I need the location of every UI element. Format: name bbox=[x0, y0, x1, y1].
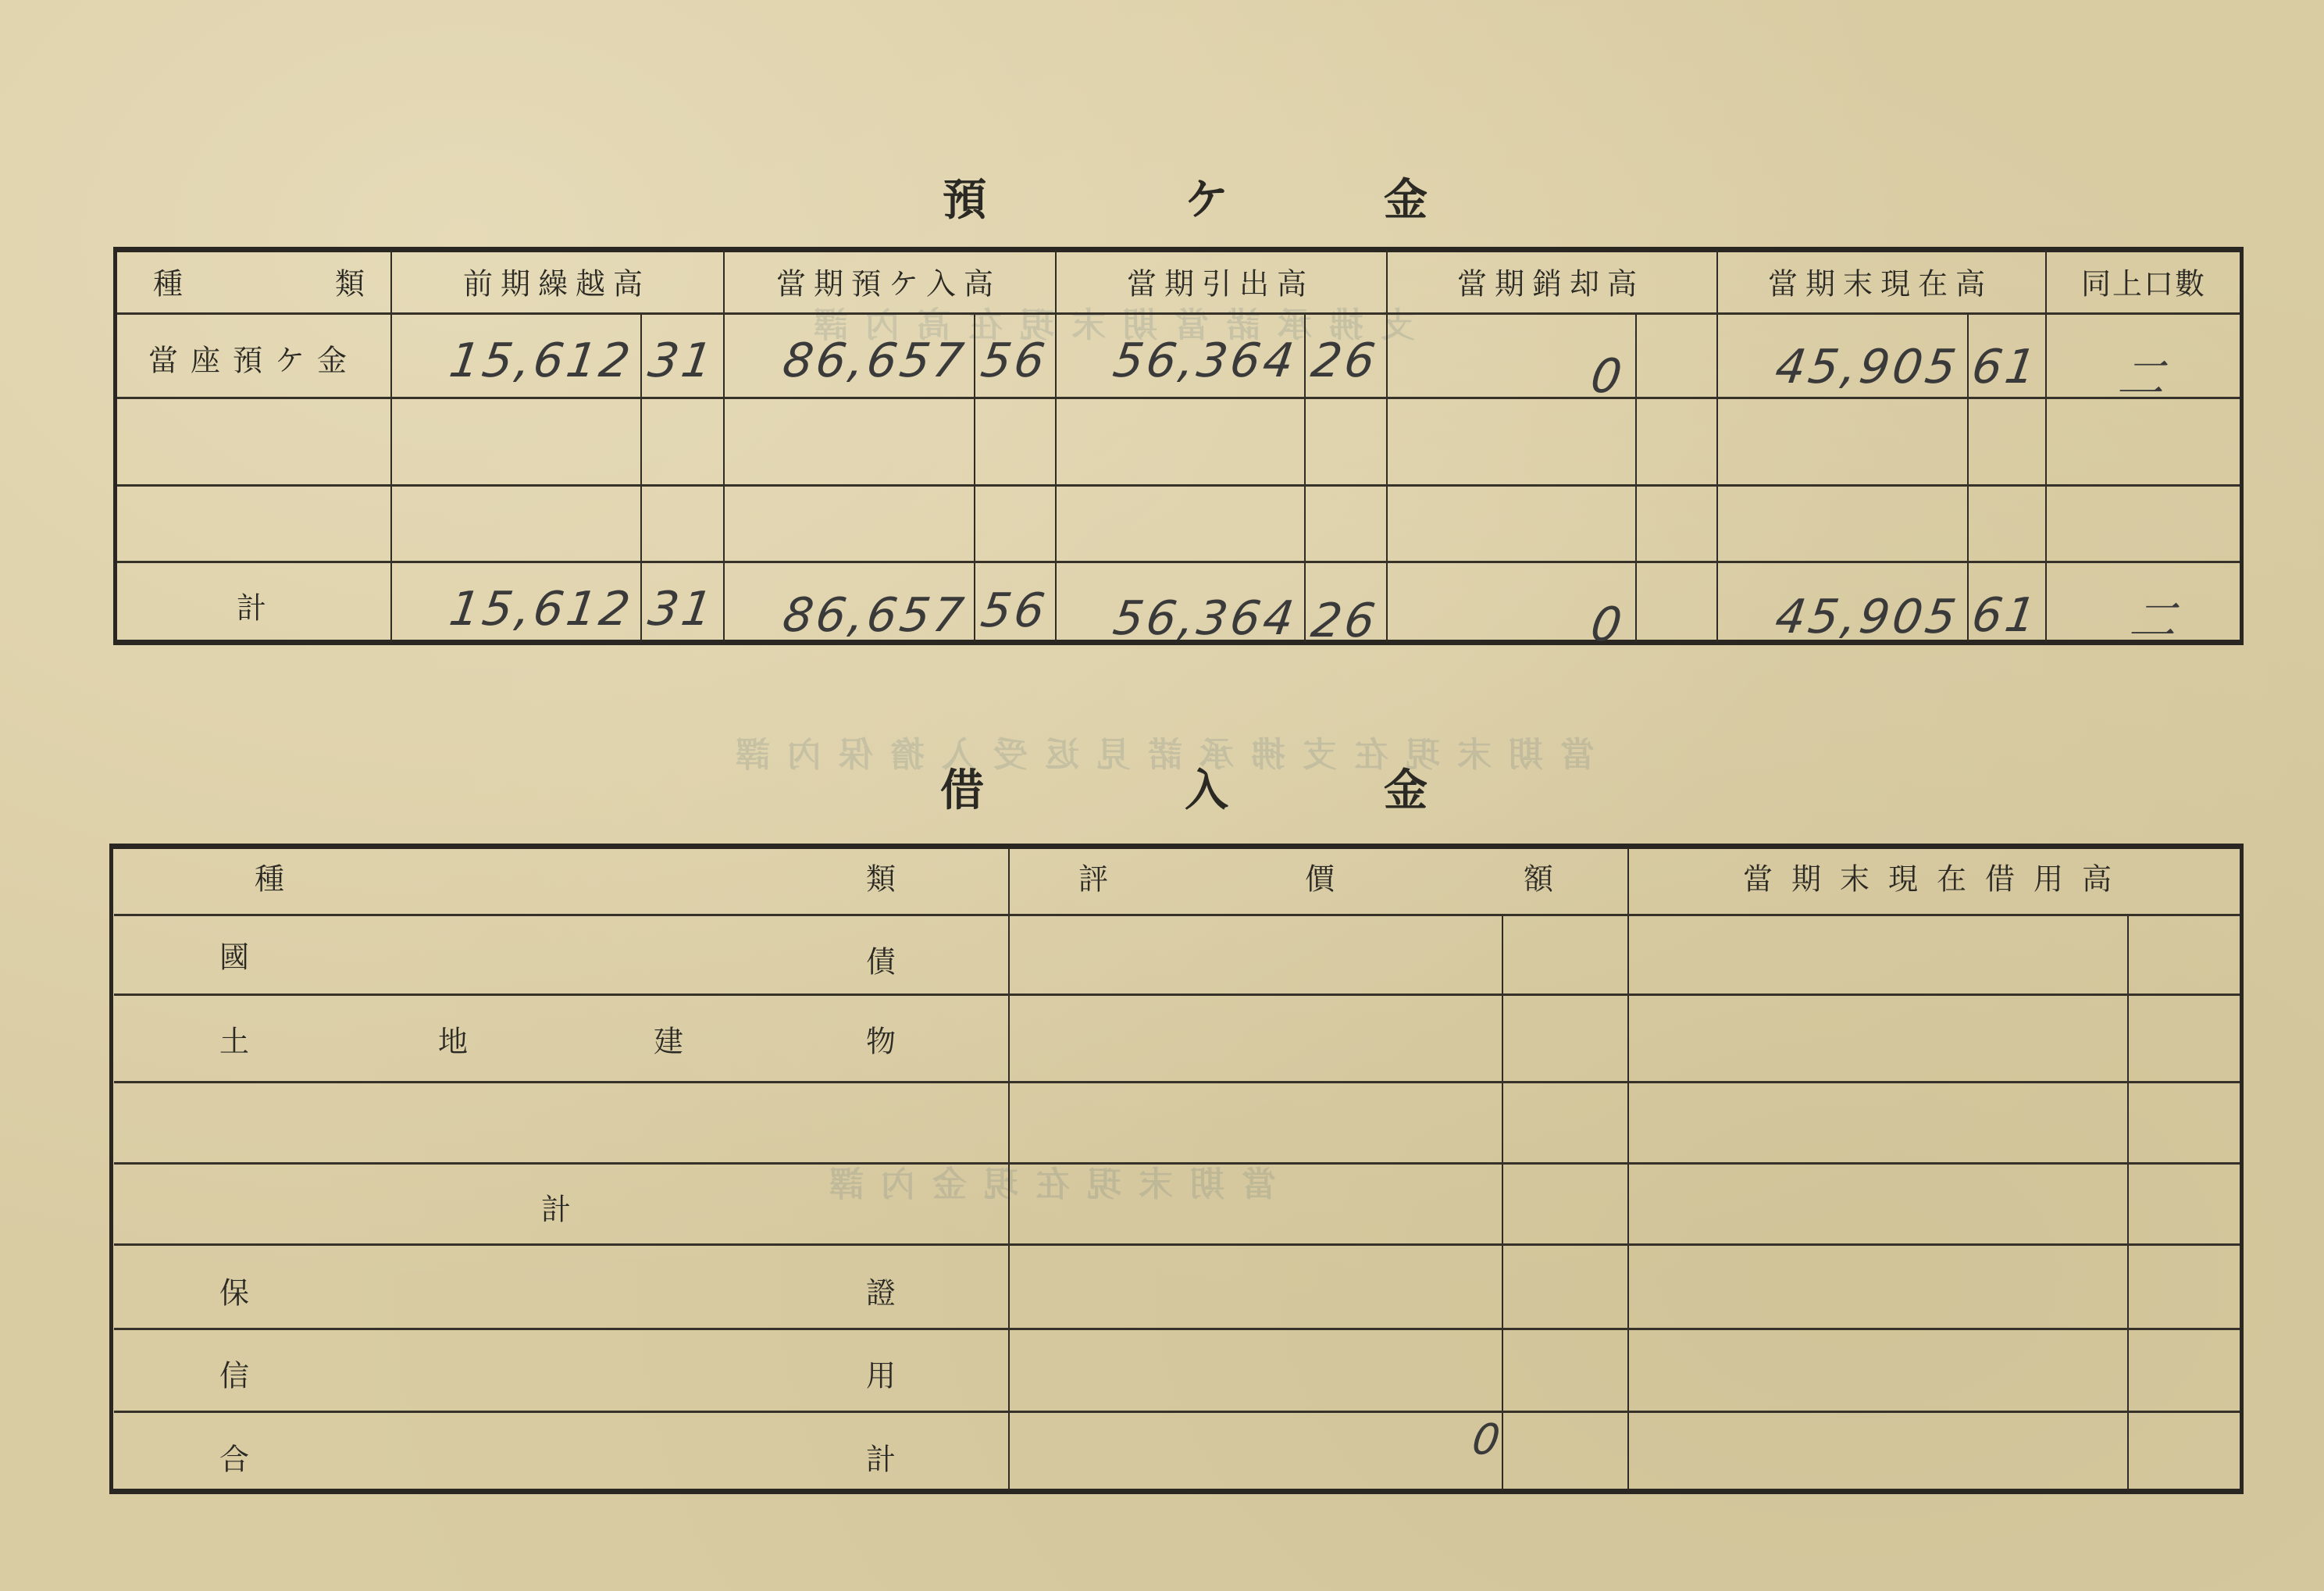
col-divider bbox=[1716, 250, 1718, 642]
row-divider bbox=[117, 561, 2240, 563]
deposits-title-char-3: 金 bbox=[1384, 166, 1428, 228]
row-divider bbox=[114, 993, 2240, 996]
sen-divider bbox=[640, 312, 642, 642]
row-land-building-3: 建 bbox=[654, 1018, 683, 1061]
total-withdrawn-yen: 56,364 bbox=[1110, 591, 1300, 646]
col-divider bbox=[1627, 848, 1629, 1490]
row-guaranteed-right: 證 bbox=[866, 1269, 896, 1312]
deposits-title-char-2: ケ bbox=[1185, 166, 1228, 228]
header-valuation-3: 額 bbox=[1524, 855, 1553, 898]
bleed-through-text-2: 當期末現在支拂承諾見返受入擔保內譯 bbox=[718, 726, 1595, 776]
balance-sen: 61 bbox=[1969, 340, 2042, 394]
deposited-sen: 56 bbox=[978, 334, 1051, 388]
header-balance: 當期末現在高 bbox=[1768, 260, 1993, 303]
account-count: 二 bbox=[2114, 341, 2173, 408]
header-brought-forward: 前期繰越高 bbox=[463, 260, 651, 303]
header-borrowed-balance: 當期末現在借用高 bbox=[1743, 855, 2130, 898]
withdrawn-sen: 26 bbox=[1308, 334, 1381, 388]
withdrawn-yen: 56,364 bbox=[1110, 334, 1300, 388]
row-grand-total-right: 計 bbox=[866, 1436, 896, 1479]
total-brought-forward-yen: 15,612 bbox=[446, 582, 636, 637]
sen-divider bbox=[1304, 312, 1306, 642]
borrowings-table bbox=[109, 844, 2244, 1494]
row-land-building-4: 物 bbox=[866, 1018, 896, 1061]
deposits-table bbox=[113, 247, 2244, 645]
row-divider bbox=[114, 1081, 2240, 1083]
total-brought-forward-sen: 31 bbox=[645, 582, 718, 637]
row-national-bonds-right: 債 bbox=[866, 938, 896, 981]
total-balance-sen: 61 bbox=[1969, 588, 2042, 643]
row-divider bbox=[114, 1162, 2240, 1165]
header-written-off: 當期銷却高 bbox=[1457, 260, 1645, 303]
row-divider bbox=[114, 914, 2240, 916]
sen-divider bbox=[2127, 915, 2129, 1490]
row-divider bbox=[114, 1411, 2240, 1413]
deposited-yen: 86,657 bbox=[779, 334, 970, 388]
col-divider bbox=[390, 250, 392, 642]
row-credit-left: 信 bbox=[219, 1352, 249, 1395]
row-subtotal: 計 bbox=[541, 1186, 571, 1229]
total-withdrawn-sen: 26 bbox=[1308, 594, 1381, 648]
col-divider bbox=[2045, 250, 2047, 642]
sen-divider bbox=[974, 312, 975, 642]
total-balance-yen: 45,905 bbox=[1772, 590, 1962, 644]
col-divider bbox=[1386, 250, 1388, 642]
total-label: 計 bbox=[237, 584, 266, 627]
total-deposited-sen: 56 bbox=[978, 583, 1051, 638]
borrowings-title-char-3: 金 bbox=[1384, 756, 1428, 819]
sen-divider bbox=[1502, 915, 1503, 1490]
header-valuation-2: 價 bbox=[1305, 855, 1335, 898]
borrowings-title-char-2: 入 bbox=[1185, 756, 1228, 819]
row-guaranteed-left: 保 bbox=[219, 1269, 249, 1312]
row-divider bbox=[114, 1243, 2240, 1246]
row-divider bbox=[117, 312, 2240, 315]
brought-forward-yen: 15,612 bbox=[446, 334, 636, 388]
row-grand-total-left: 合 bbox=[219, 1436, 249, 1479]
row-land-building-1: 土 bbox=[219, 1018, 249, 1061]
header-valuation-1: 評 bbox=[1078, 855, 1108, 898]
brought-forward-sen: 31 bbox=[645, 334, 718, 388]
header-kind-right: 類 bbox=[335, 260, 365, 303]
row-national-bonds-left: 國 bbox=[219, 933, 249, 976]
total-account-count: 二 bbox=[2126, 583, 2185, 651]
row-divider bbox=[117, 397, 2240, 399]
header-withdrawn: 當期引出高 bbox=[1127, 260, 1314, 303]
row-land-building-2: 地 bbox=[438, 1018, 468, 1061]
row-divider bbox=[114, 1328, 2240, 1330]
row-credit-right: 用 bbox=[866, 1352, 896, 1395]
sen-divider bbox=[1967, 312, 1969, 642]
col-divider bbox=[1055, 250, 1057, 642]
balance-yen: 45,905 bbox=[1772, 340, 1962, 394]
header-deposited: 當期預ケ入高 bbox=[776, 260, 1001, 303]
col-divider bbox=[723, 250, 725, 642]
deposits-title-char-1: 預 bbox=[943, 166, 986, 228]
sen-divider bbox=[1635, 312, 1637, 642]
total-deposited-yen: 86,657 bbox=[779, 588, 970, 643]
row-divider bbox=[117, 484, 2240, 487]
col-divider bbox=[1008, 848, 1010, 1490]
header-kind-left: 種 bbox=[255, 855, 284, 898]
header-kind-right: 類 bbox=[866, 855, 896, 898]
row-label: 當座預ケ金 bbox=[148, 337, 359, 380]
header-count: 同上口數 bbox=[2081, 260, 2206, 303]
header-kind-left: 種 bbox=[153, 260, 183, 303]
borrowings-title-char-1: 借 bbox=[940, 756, 984, 819]
